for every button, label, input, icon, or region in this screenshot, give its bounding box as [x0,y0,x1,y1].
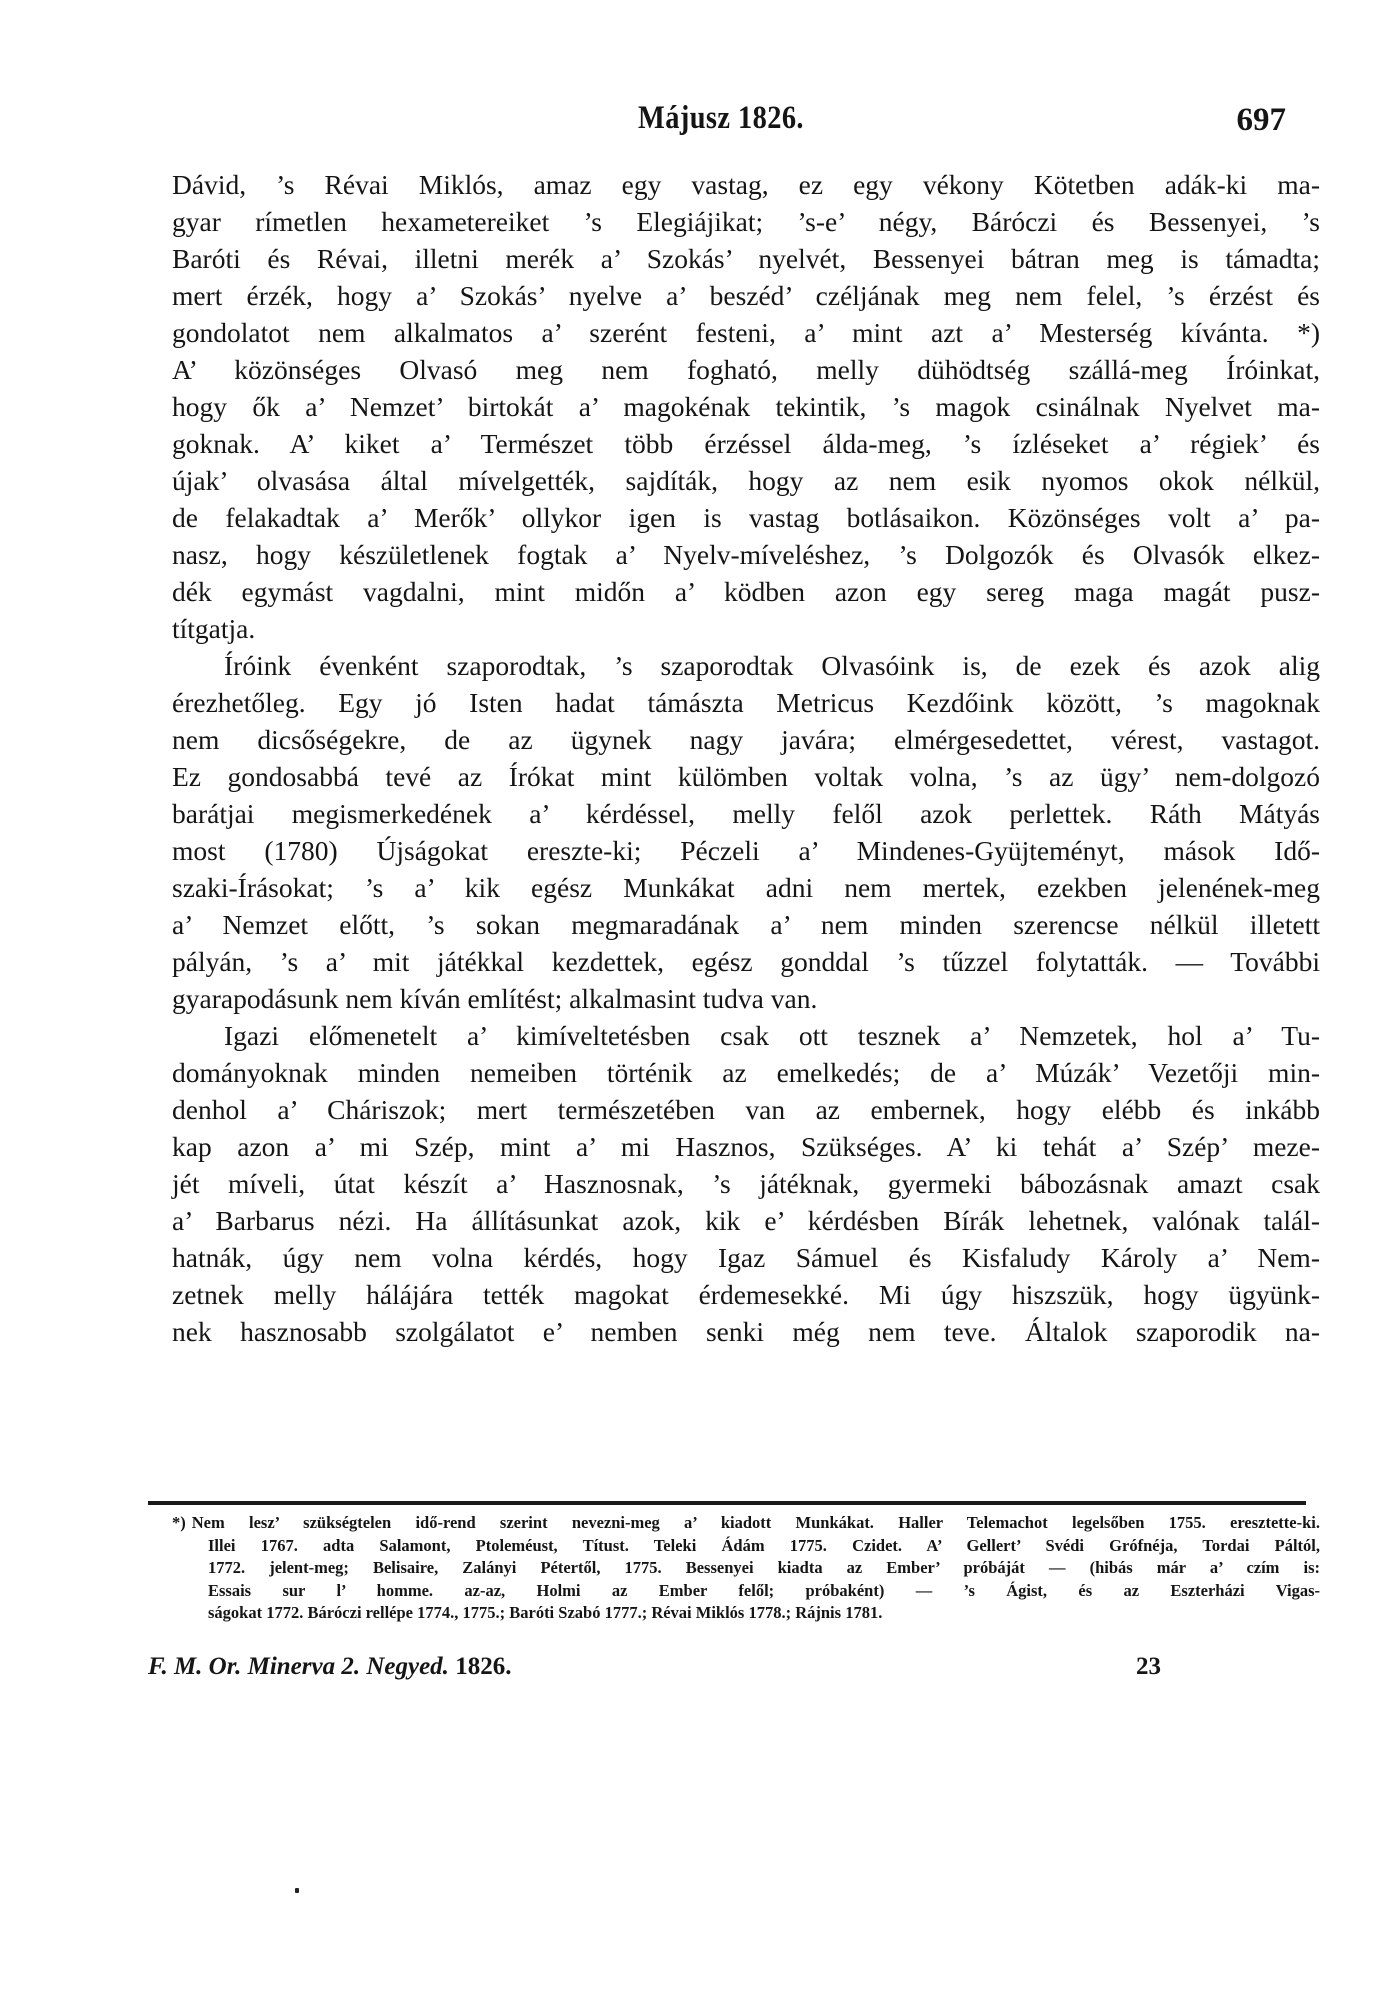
paragraph-2: Íróink évenként szaporodtak, ’s szaporod… [172,647,1320,1017]
text-line: gondolatot nem alkalmatos a’ szerént fes… [172,314,1320,351]
printer-signature: F. M. Or. Minerva 2. Negyed. 1826. [148,1653,511,1681]
text-line: barátjai megismerkedének a’ kérdéssel, m… [172,795,1320,832]
text-line: pályán, ’s a’ mit játékkal kezdettek, eg… [172,943,1320,980]
text-line: Íróink évenként szaporodtak, ’s szaporod… [172,647,1320,684]
footnote-line: ságokat 1772. Báróczi rellépe 1774., 177… [172,1602,1320,1625]
page-number: 697 [1237,102,1287,139]
text-line: dék egymást vagdalni, mint midőn a’ ködb… [172,573,1320,610]
text-line: Baróti és Révai, illetni merék a’ Szokás… [172,240,1320,277]
text-line: de felakadtak a’ Merők’ ollykor igen is … [172,499,1320,536]
text-line: a’ Nemzet előtt, ’s sokan megmaradának a… [172,906,1320,943]
text-line: gyar rímetlen hexametereiket ’s Elegiáji… [172,203,1320,240]
text-line: mert érzék, hogy a’ Szokás’ nyelve a’ be… [172,277,1320,314]
footnote-line: *)Nem lesz’ szükségtelen idő-rend szerin… [172,1512,1320,1535]
text-line: jét míveli, útat készít a’ Hasznosnak, ’… [172,1165,1320,1202]
text-line: Dávid, ’s Révai Miklós, amaz egy vastag,… [172,166,1320,203]
text-line: gyarapodásunk nem kíván említést; alkalm… [172,980,1320,1017]
footnote-line: Essais sur l’ homme. az-az, Holmi az Emb… [172,1580,1320,1603]
footnote-line: 1772. jelent-meg; Belisaire, Zalányi Pét… [172,1557,1320,1580]
text-line: érezhetőleg. Egy jó Isten hadat támászta… [172,684,1320,721]
text-line: nem dicsőségekre, de az ügynek nagy javá… [172,721,1320,758]
text-line: most (1780) Újságokat ereszte-ki; Péczel… [172,832,1320,869]
ink-speck [295,1888,299,1893]
text-line: szaki-Írásokat; ’s a’ kik egész Munkákat… [172,869,1320,906]
text-line: Ez gondosabbá tevé az Írókat mint külömb… [172,758,1320,795]
text-line: kap azon a’ mi Szép, mint a’ mi Hasznos,… [172,1128,1320,1165]
signature-text: F. M. Or. Minerva 2. Negyed. [148,1653,449,1680]
footnote-line: Illei 1767. adta Salamont, Ptoleméust, T… [172,1535,1320,1558]
text-line: hogy ők a’ Nemzet’ birtokát a’ magokénak… [172,388,1320,425]
sheet-number: 23 [1136,1653,1161,1681]
text-line: nasz, hogy készületlenek fogtak a’ Nyelv… [172,536,1320,573]
text-line: goknak. A’ kiket a’ Természet több érzés… [172,425,1320,462]
page-footer: F. M. Or. Minerva 2. Negyed. 1826. 23 [148,1653,1298,1683]
scanned-page: Májusz 1826. 697 Dávid, ’s Révai Miklós,… [0,0,1395,2000]
footnote-rule [148,1501,1306,1505]
paragraph-3: Igazi előmenetelt a’ kimíveltetésben csa… [172,1017,1320,1350]
body-text: Dávid, ’s Révai Miklós, amaz egy vastag,… [172,166,1320,1350]
signature-year: 1826. [455,1653,511,1680]
footnote: *)Nem lesz’ szükségtelen idő-rend szerin… [172,1512,1320,1625]
text-line: a’ Barbarus nézi. Ha állításunkat azok, … [172,1202,1320,1239]
text-line: zetnek melly hálájára tették magokat érd… [172,1276,1320,1313]
text-line: títgatja. [172,610,1320,647]
running-head: Májusz 1826. 697 [172,100,1320,140]
text-line: A’ közönséges Olvasó meg nem fogható, me… [172,351,1320,388]
text-line: nek hasznosabb szolgálatot e’ nemben sen… [172,1313,1320,1350]
text-line: Igazi előmenetelt a’ kimíveltetésben csa… [172,1017,1320,1054]
text-line: újak’ olvasása által mívelgették, sajdít… [172,462,1320,499]
text-line: dományoknak minden nemeiben történik az … [172,1054,1320,1091]
running-head-title: Májusz 1826. [638,100,804,137]
text-line: hatnák, úgy nem volna kérdés, hogy Igaz … [172,1239,1320,1276]
footnote-mark: *) [172,1513,186,1532]
paragraph-1: Dávid, ’s Révai Miklós, amaz egy vastag,… [172,166,1320,647]
text-line: denhol a’ Cháriszok; mert természetében … [172,1091,1320,1128]
footnote-text: Nem lesz’ szükségtelen idő-rend szerint … [192,1513,1320,1532]
